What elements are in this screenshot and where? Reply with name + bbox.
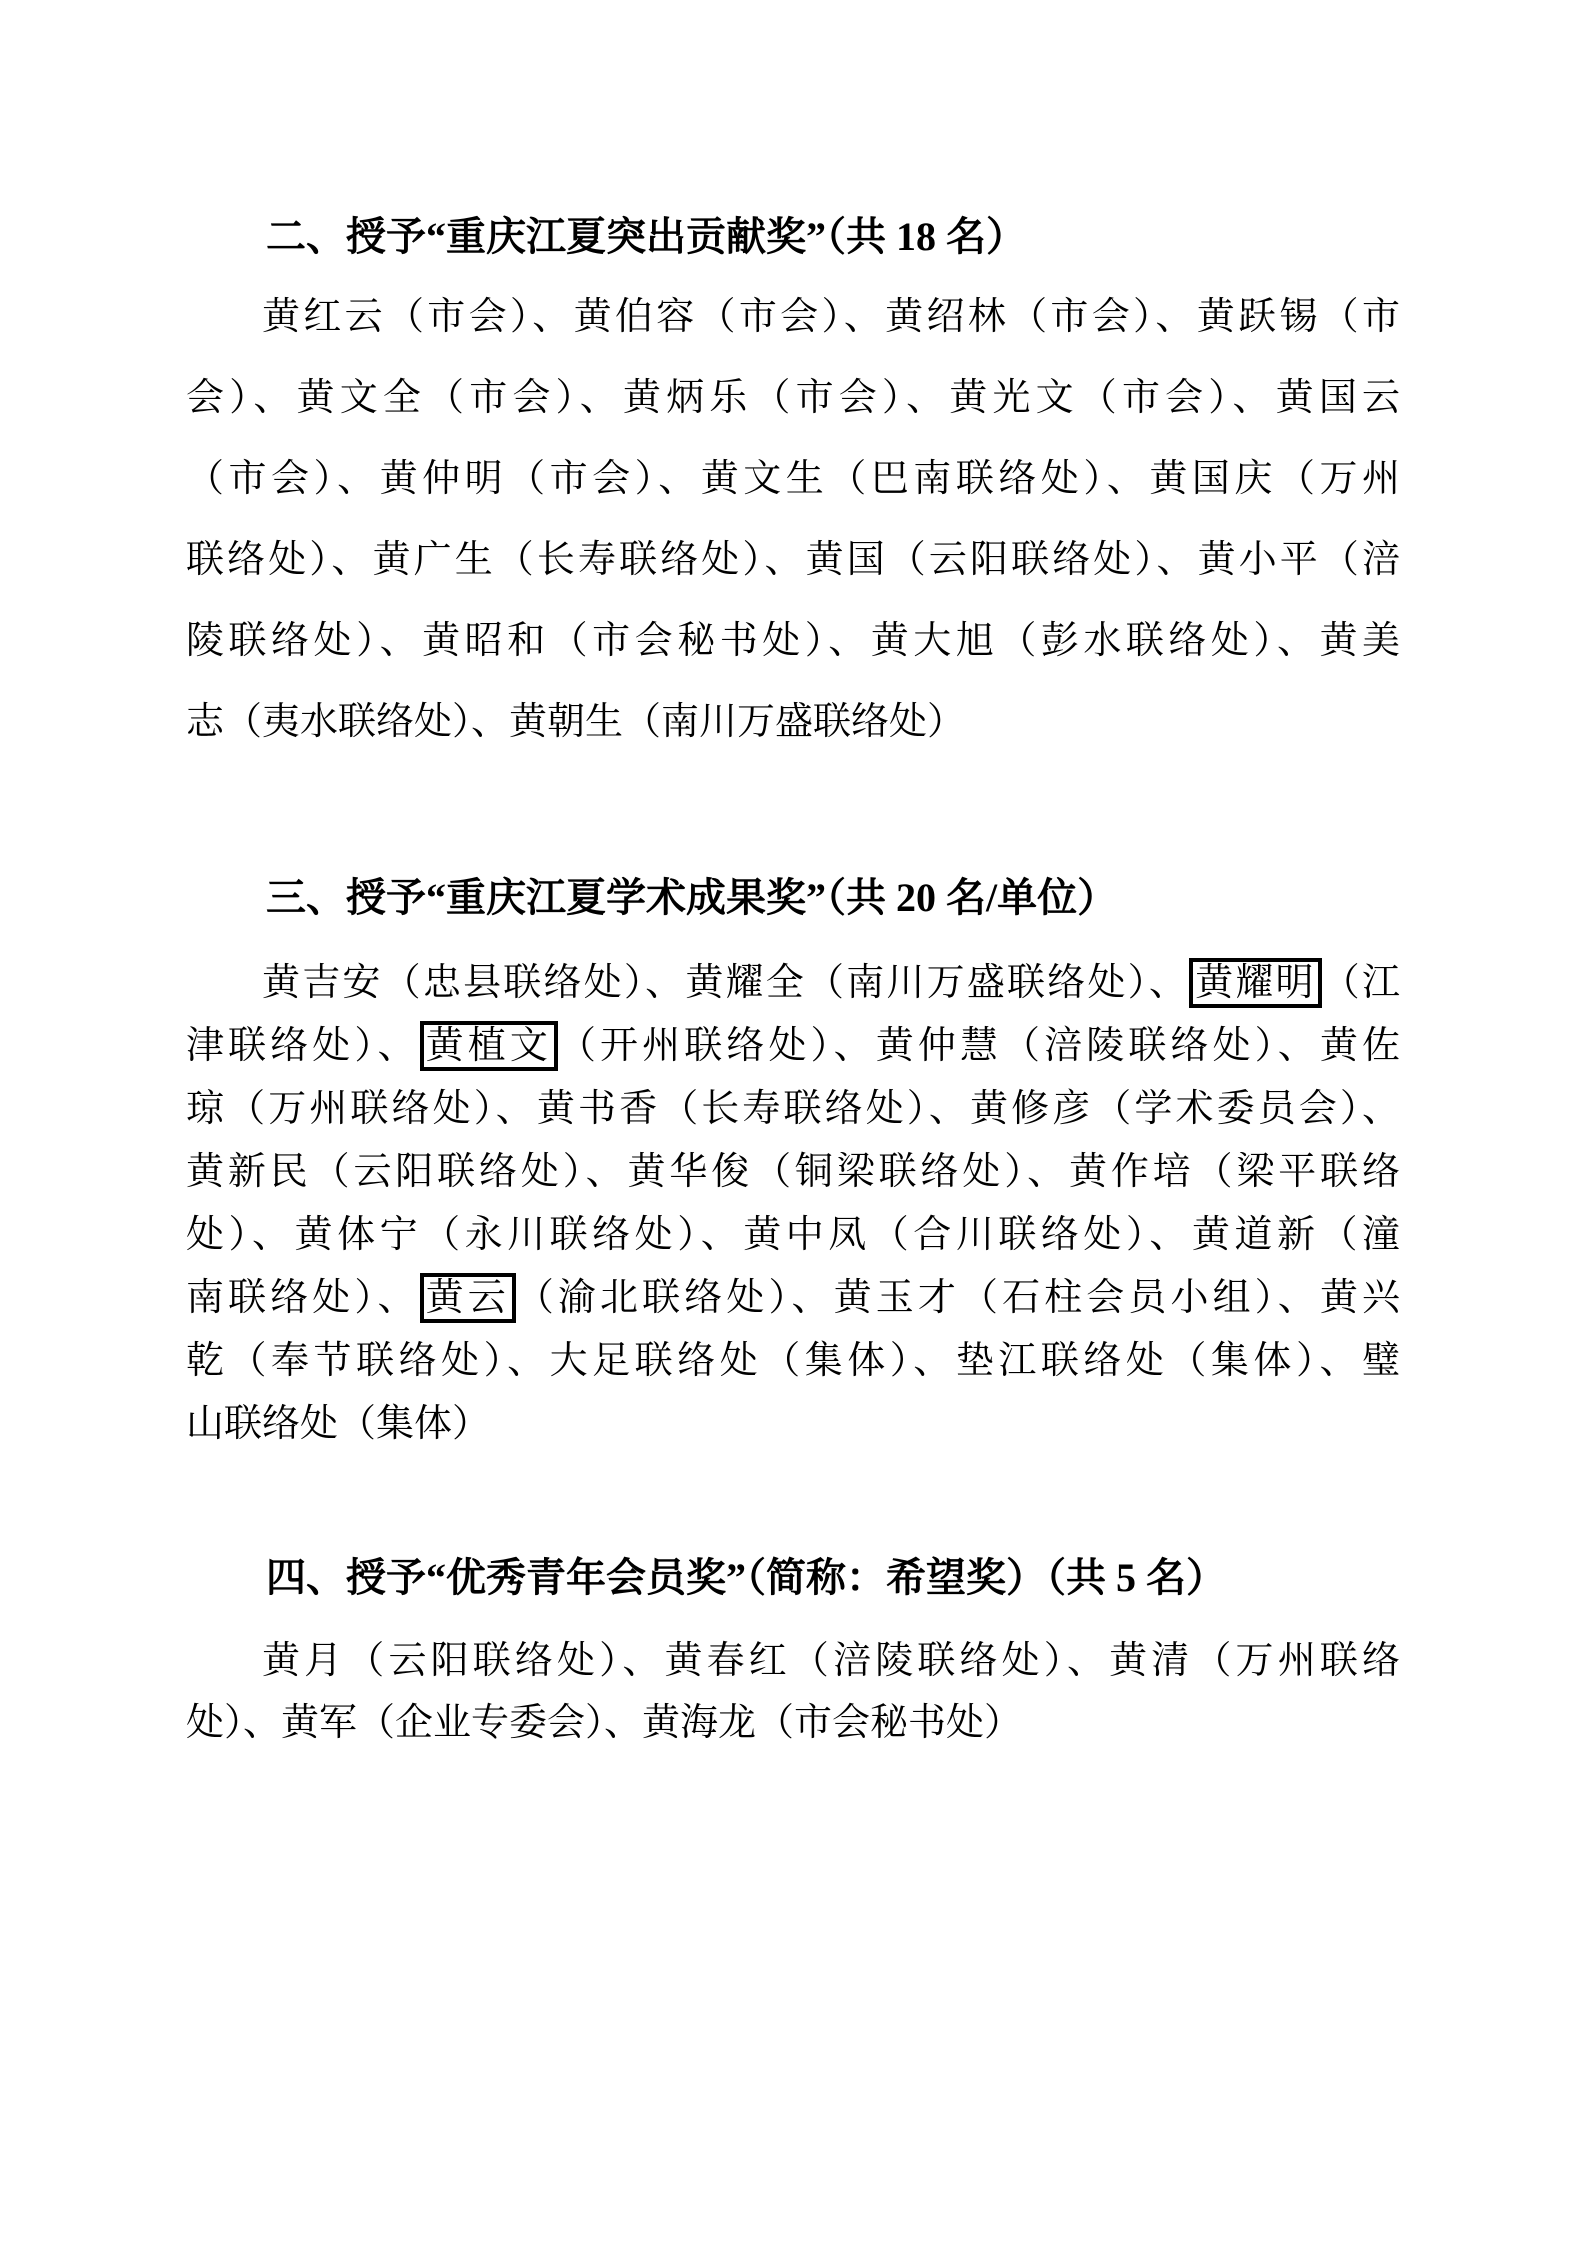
award-section-3-heading: 三、授予“重庆江夏学术成果奖”（共 20 名/单位） [186,857,1400,938]
text-segment: 黄红云（市会）、黄伯容（市会）、黄绍林（市会）、黄跃锡（市 [262,296,1400,338]
award-section-2-heading: 二、授予“重庆江夏突出贡献奖”（共 18 名） [186,196,1400,277]
text-segment: 南联络处）、 [186,1277,420,1319]
award-section-3-line-8: 山联络处（集体） [186,1393,1400,1456]
text-segment: 山联络处（集体） [186,1403,490,1445]
award-section-2-line-6: 志（夷水联络处）、黄朝生（南川万盛联络处） [186,682,1400,763]
text-segment: （渝北联络处）、黄玉才（石柱会员小组）、黄兴 [516,1277,1400,1319]
award-section-4-line-2: 处）、黄军（企业专委会）、黄海龙（市会秘书处） [186,1692,1400,1754]
boxed-name: 黄耀明 [1189,958,1322,1008]
award-section-3-line-2: 津联络处）、黄植文（开州联络处）、黄仲慧（涪陵联络处）、黄佐 [186,1015,1400,1078]
award-section-3-paragraph: 黄吉安（忠县联络处）、黄耀全（南川万盛联络处）、黄耀明（江津联络处）、黄植文（开… [186,952,1400,1456]
award-section-4: 四、授予“优秀青年会员奖”（简称：希望奖）（共 5 名）黄月（云阳联络处）、黄春… [186,1537,1400,1754]
boxed-name: 黄植文 [420,1021,558,1071]
award-section-2-line-3: （市会）、黄仲明（市会）、黄文生（巴南联络处）、黄国庆（万州 [186,439,1400,520]
award-section-2-line-4: 联络处）、黄广生（长寿联络处）、黄国（云阳联络处）、黄小平（涪 [186,520,1400,601]
award-section-2-paragraph: 黄红云（市会）、黄伯容（市会）、黄绍林（市会）、黄跃锡（市会）、黄文全（市会）、… [186,277,1400,763]
text-segment: （开州联络处）、黄仲慧（涪陵联络处）、黄佐 [558,1025,1400,1067]
award-section-3-line-3: 琼（万州联络处）、黄书香（长寿联络处）、黄修彦（学术委员会）、 [186,1078,1400,1141]
text-segment: 琼（万州联络处）、黄书香（长寿联络处）、黄修彦（学术委员会）、 [186,1088,1400,1130]
text-segment: 黄月（云阳联络处）、黄春红（涪陵联络处）、黄清（万州联络 [262,1640,1400,1682]
text-segment: 会）、黄文全（市会）、黄炳乐（市会）、黄光文（市会）、黄国云 [186,377,1400,419]
text-segment: 陵联络处）、黄昭和（市会秘书处）、黄大旭（彭水联络处）、黄美 [186,620,1400,662]
text-segment: 处）、黄军（企业专委会）、黄海龙（市会秘书处） [186,1702,1022,1744]
award-section-2: 二、授予“重庆江夏突出贡献奖”（共 18 名）黄红云（市会）、黄伯容（市会）、黄… [186,196,1400,763]
award-section-3-line-5: 处）、黄体宁（永川联络处）、黄中凤（合川联络处）、黄道新（潼 [186,1204,1400,1267]
text-segment: 志（夷水联络处）、黄朝生（南川万盛联络处） [186,701,965,743]
award-section-2-line-5: 陵联络处）、黄昭和（市会秘书处）、黄大旭（彭水联络处）、黄美 [186,601,1400,682]
text-segment: （江 [1322,962,1400,1004]
text-segment: 联络处）、黄广生（长寿联络处）、黄国（云阳联络处）、黄小平（涪 [186,539,1400,581]
text-segment: 黄吉安（忠县联络处）、黄耀全（南川万盛联络处）、 [262,962,1189,1004]
boxed-name: 黄云 [420,1273,516,1323]
award-section-2-line-2: 会）、黄文全（市会）、黄炳乐（市会）、黄光文（市会）、黄国云 [186,358,1400,439]
award-section-4-line-1: 黄月（云阳联络处）、黄春红（涪陵联络处）、黄清（万州联络 [186,1630,1400,1692]
award-section-4-heading: 四、授予“优秀青年会员奖”（简称：希望奖）（共 5 名） [186,1537,1400,1618]
award-section-4-paragraph: 黄月（云阳联络处）、黄春红（涪陵联络处）、黄清（万州联络处）、黄军（企业专委会）… [186,1630,1400,1754]
award-section-3: 三、授予“重庆江夏学术成果奖”（共 20 名/单位）黄吉安（忠县联络处）、黄耀全… [186,857,1400,1456]
award-section-3-line-7: 乾（奉节联络处）、大足联络处（集体）、垫江联络处（集体）、璧 [186,1330,1400,1393]
document-content: 二、授予“重庆江夏突出贡献奖”（共 18 名）黄红云（市会）、黄伯容（市会）、黄… [186,196,1400,1754]
award-section-3-line-1: 黄吉安（忠县联络处）、黄耀全（南川万盛联络处）、黄耀明（江 [186,952,1400,1015]
award-section-3-line-4: 黄新民（云阳联络处）、黄华俊（铜梁联络处）、黄作培（梁平联络 [186,1141,1400,1204]
text-segment: 处）、黄体宁（永川联络处）、黄中凤（合川联络处）、黄道新（潼 [186,1214,1400,1256]
text-segment: （市会）、黄仲明（市会）、黄文生（巴南联络处）、黄国庆（万州 [186,458,1400,500]
document-page: 二、授予“重庆江夏突出贡献奖”（共 18 名）黄红云（市会）、黄伯容（市会）、黄… [0,0,1587,2245]
award-section-2-line-1: 黄红云（市会）、黄伯容（市会）、黄绍林（市会）、黄跃锡（市 [186,277,1400,358]
award-section-3-line-6: 南联络处）、黄云（渝北联络处）、黄玉才（石柱会员小组）、黄兴 [186,1267,1400,1330]
text-segment: 乾（奉节联络处）、大足联络处（集体）、垫江联络处（集体）、璧 [186,1340,1400,1382]
text-segment: 津联络处）、 [186,1025,420,1067]
text-segment: 黄新民（云阳联络处）、黄华俊（铜梁联络处）、黄作培（梁平联络 [186,1151,1400,1193]
